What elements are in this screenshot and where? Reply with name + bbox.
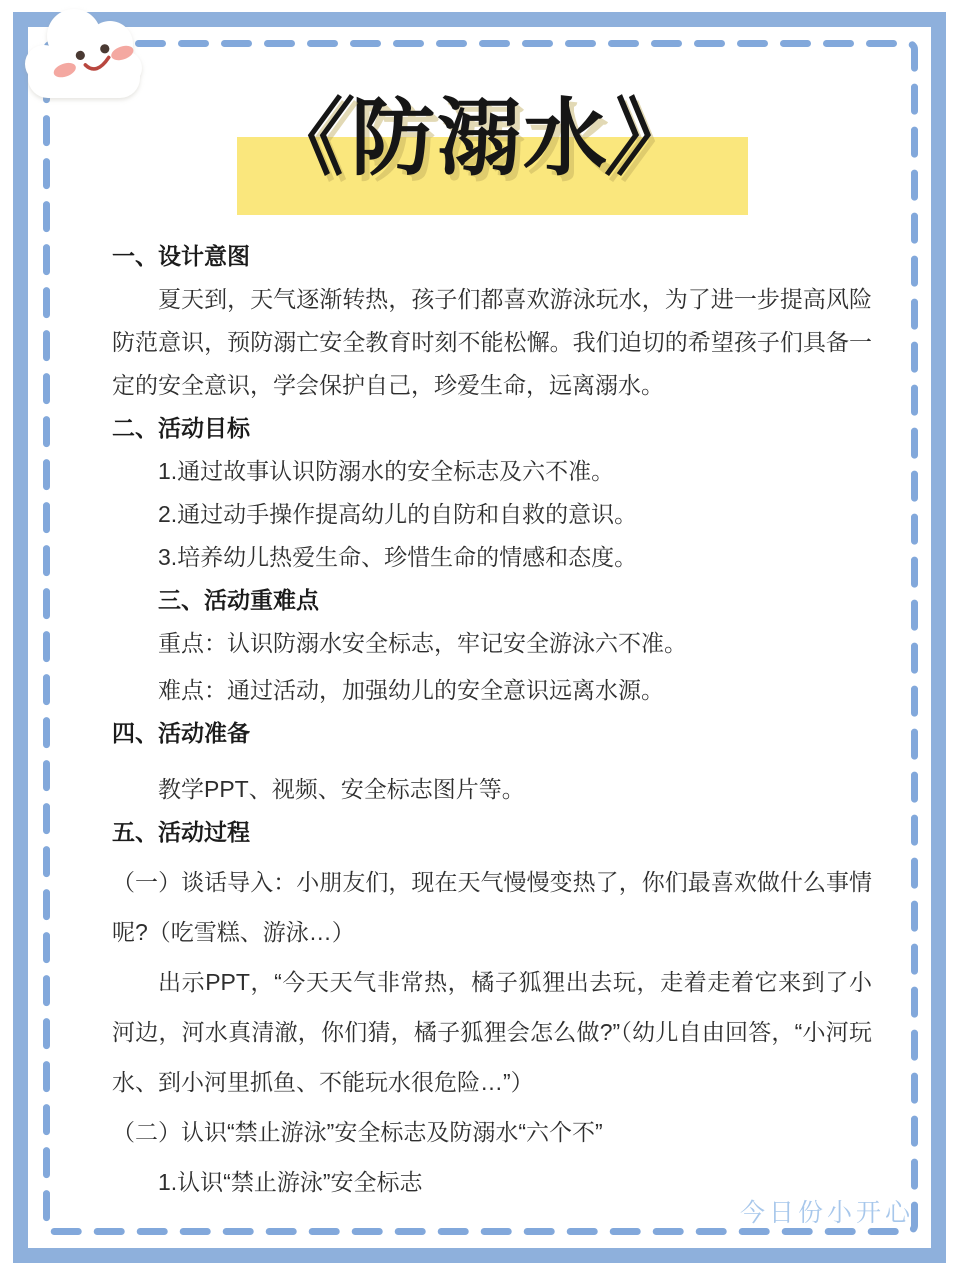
list-item: 2.通过动手操作提高幼儿的自防和自救的意识。 <box>112 493 872 536</box>
section-heading: 五、活动过程 <box>112 811 872 854</box>
title-right-bracket: 》 <box>602 96 701 180</box>
paragraph: （一）谈话导入：小朋友们，现在天气慢慢变热了，你们最喜欢做什么事情呢?（吃雪糕、… <box>112 857 872 957</box>
section-heading: 四、活动准备 <box>112 712 872 755</box>
list-item: 教学PPT、视频、安全标志图片等。 <box>112 768 872 811</box>
page-title: 《防溺水》 <box>0 96 960 180</box>
list-item: 重点：认识防溺水安全标志，牢记安全游泳六不准。 <box>112 622 872 665</box>
cloud-smiley-icon <box>22 6 144 104</box>
document-body: 一、设计意图夏天到，天气逐渐转热，孩子们都喜欢游泳玩水，为了进一步提高风险防范意… <box>112 235 872 1207</box>
list-item: 3.培养幼儿热爱生命、珍惜生命的情感和态度。 <box>112 536 872 579</box>
section-heading: 三、活动重难点 <box>112 579 872 622</box>
paragraph: 出示PPT，“今天天气非常热，橘子狐狸出去玩，走着走着它来到了小河边，河水真清澈… <box>112 957 872 1107</box>
watermark: 今日份小开心 <box>740 1193 914 1229</box>
section-heading: 二、活动目标 <box>112 407 872 450</box>
section-heading: 一、设计意图 <box>112 235 872 278</box>
list-item: 难点：通过活动，加强幼儿的安全意识远离水源。 <box>112 669 872 712</box>
title-left-bracket: 《 <box>258 96 357 180</box>
list-item: 1.通过故事认识防溺水的安全标志及六不准。 <box>112 450 872 493</box>
paragraph: 夏天到，天气逐渐转热，孩子们都喜欢游泳玩水，为了进一步提高风险防范意识，预防溺亡… <box>112 278 872 407</box>
paragraph: （二）认识“禁止游泳”安全标志及防溺水“六个不” <box>112 1107 872 1157</box>
note-page: 《防溺水》 一、设计意图夏天到，天气逐渐转热，孩子们都喜欢游泳玩水，为了进一步提… <box>0 0 960 1280</box>
title-text: 防溺水 <box>351 91 609 185</box>
